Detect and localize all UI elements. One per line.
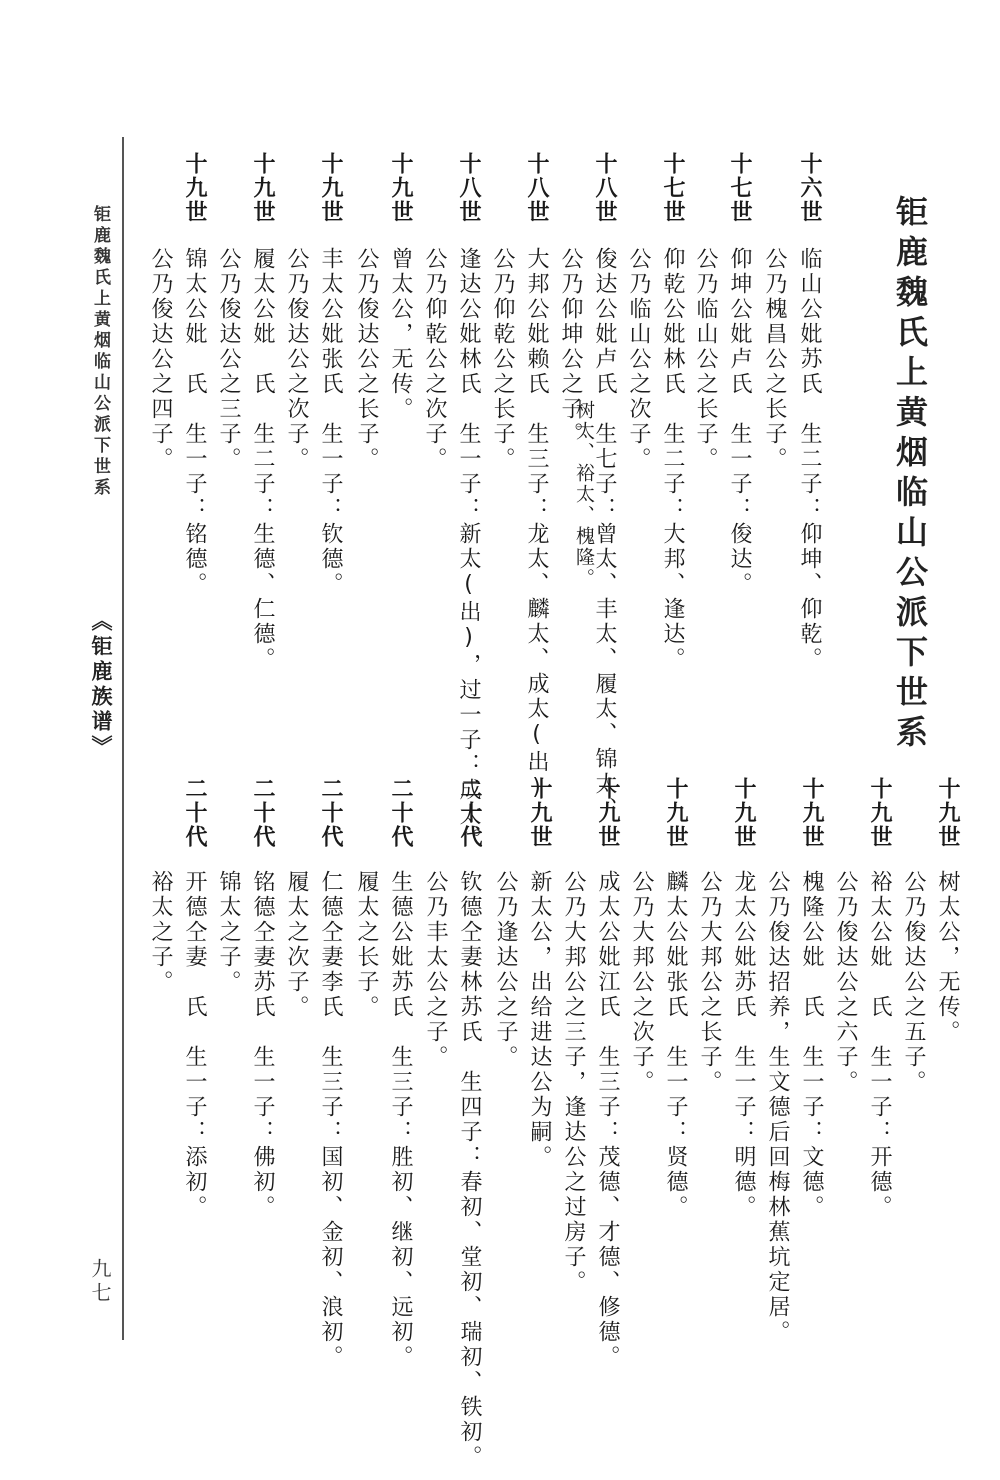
entry-line: 曾太公，无传。 — [388, 247, 412, 422]
generation-label: 十八世 — [592, 152, 616, 224]
entry-line: 槐隆公妣 氏 生一子：文德。 — [799, 870, 823, 1220]
generation-label: 十七世 — [727, 152, 751, 224]
entry-line: 开德仝妻 氏 生一子：添初。 — [182, 870, 206, 1220]
entry-line: 临山公妣苏氏 生二子：仰坤、仰乾。 — [797, 247, 821, 672]
generation-label: 十八世 — [524, 152, 548, 224]
margin-divider-line — [122, 137, 124, 1340]
page-number: 九七 — [86, 1258, 115, 1306]
generation-label: 十九世 — [388, 152, 412, 224]
generation-label: 十九世 — [595, 777, 619, 849]
entry-line: 钦德仝妻林苏氏 生四子：春初、堂初、瑞初、铁初。 — [457, 870, 481, 1470]
generation-label: 二十代 — [388, 777, 412, 849]
generation-label: 十六世 — [797, 152, 821, 224]
entry-line: 仰坤公妣卢氏 生一子：俊达。 — [727, 247, 751, 597]
entry-line: 履太之长子。 — [354, 870, 378, 1020]
page-title: 钜鹿魏氏上黄烟临山公派下世系 — [892, 195, 928, 755]
entry-line: 履太公妣 氏 生二子：生德、仁德。 — [250, 247, 274, 672]
entry-line: 大邦公妣赖氏 生三子：龙太、麟太、成太(出) — [524, 247, 548, 803]
entry-line: 龙太公妣苏氏 生一子：明德。 — [731, 870, 755, 1220]
generation-label: 十九世 — [250, 152, 274, 224]
entry-line: 履太之次子。 — [284, 870, 308, 1020]
entry-line: 公乃大邦公之长子。 — [697, 870, 721, 1095]
entry-line: 树太公，无传。 — [935, 870, 959, 1045]
entry-line: 逢达公妣林氏 生一子：新太(出)，过一子：成太。 — [456, 247, 480, 853]
entry-line: 丰太公妣张氏 生一子：钦德。 — [318, 247, 342, 597]
generation-label: 十九世 — [935, 777, 959, 849]
entry-line: 锦太公妣 氏 生一子：铭德。 — [182, 247, 206, 597]
entry-line: 仰乾公妣林氏 生二子：大邦、逢达。 — [660, 247, 684, 672]
entry-line: 公乃俊达招养，生文德后回梅林蕉坑定居。 — [765, 870, 789, 1345]
entry-line: 公乃丰太公之子。 — [423, 870, 447, 1070]
generation-label: 十九世 — [182, 152, 206, 224]
entry-line: 裕太公妣 氏 生一子：开德。 — [867, 870, 891, 1220]
generation-label: 十九世 — [731, 777, 755, 849]
generation-label: 二十代 — [457, 777, 481, 849]
entry-line: 锦太之子。 — [216, 870, 240, 995]
entry-line: 公乃临山公之长子。 — [693, 247, 717, 472]
entry-line: 公乃俊达公之长子。 — [354, 247, 378, 472]
entry-line: 新太公，出给进达公为嗣。 — [527, 870, 551, 1170]
entry-line: 公乃逢达公之子。 — [493, 870, 517, 1070]
entry-line: 公乃俊达公之五子。 — [901, 870, 925, 1095]
entry-line: 麟太公妣张氏 生一子：贤德。 — [663, 870, 687, 1220]
book-name: 《钜鹿族谱》 — [86, 610, 116, 760]
generation-label: 十九世 — [867, 777, 891, 849]
generation-label: 十九世 — [799, 777, 823, 849]
entry-line: 成太公妣江氏 生三子：茂德、才德、修德。 — [595, 870, 619, 1370]
entry-line: 公乃俊达公之六子。 — [833, 870, 857, 1095]
entry-line: 公乃槐昌公之长子。 — [762, 247, 786, 472]
entry-line: 裕太之子。 — [148, 870, 172, 995]
entry-line: 公乃大邦公之三子，逢达公之过房子。 — [561, 870, 585, 1295]
entry-line: 公乃仰坤公之子。 — [558, 247, 582, 447]
generation-label: 十九世 — [527, 777, 551, 849]
generation-label: 十七世 — [660, 152, 684, 224]
entry-line: 公乃大邦公之次子。 — [629, 870, 653, 1095]
entry-line: 铭德仝妻苏氏 生一子：佛初。 — [250, 870, 274, 1220]
generation-label: 十九世 — [663, 777, 687, 849]
entry-line: 公乃仰乾公之次子。 — [422, 247, 446, 472]
generation-label: 二十代 — [250, 777, 274, 849]
generation-label: 十八世 — [456, 152, 480, 224]
entry-line: 仁德仝妻李氏 生三子：国初、金初、浪初。 — [318, 870, 342, 1370]
running-title: 钜鹿魏氏上黄烟临山公派下世系 — [88, 205, 113, 499]
entry-line: 公乃俊达公之三子。 — [216, 247, 240, 472]
entry-line: 公乃俊达公之四子。 — [148, 247, 172, 472]
entry-line: 公乃仰乾公之长子。 — [490, 247, 514, 472]
entry-line: 公乃临山公之次子。 — [626, 247, 650, 472]
generation-label: 二十代 — [318, 777, 342, 849]
entry-line: 公乃俊达公之次子。 — [284, 247, 308, 472]
entry-line: 生德公妣苏氏 生三子：胜初、继初、远初。 — [388, 870, 412, 1370]
generation-label: 十九世 — [318, 152, 342, 224]
generation-label: 二十代 — [182, 777, 206, 849]
